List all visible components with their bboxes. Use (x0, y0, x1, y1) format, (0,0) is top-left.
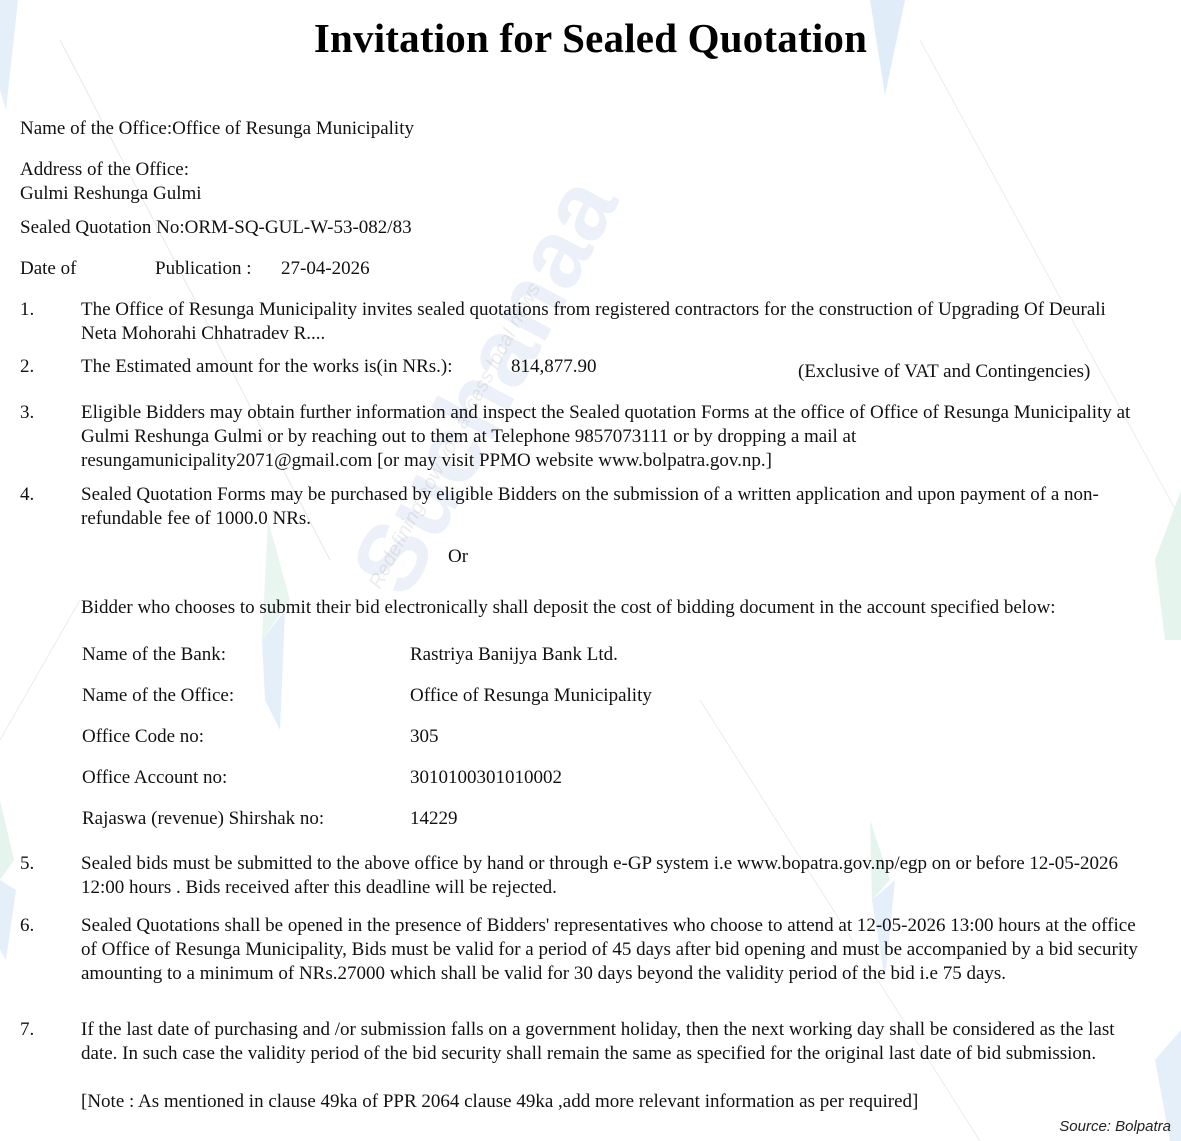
source-credit: Source: Bolpatra (1059, 1118, 1171, 1135)
page-title: Invitation for Sealed Quotation (0, 14, 1181, 62)
office-name-label: Name of the Office: (20, 118, 172, 139)
account-no-value: 3010100301010002 (410, 766, 562, 790)
clause-text: Sealed Quotations shall be opened in the… (81, 914, 1146, 986)
clause-text: If the last date of purchasing and /or s… (81, 1018, 1146, 1066)
date-label-2: Publication : (155, 257, 252, 281)
bank-name-value: Rastriya Banijya Bank Ltd. (410, 643, 618, 667)
revenue-code-value: 14229 (410, 807, 458, 831)
date-label-1: Date of (20, 257, 76, 281)
clause-number: 6. (20, 914, 34, 938)
bank-office-label: Name of the Office: (82, 684, 234, 708)
electronic-instruction: Bidder who chooses to submit their bid e… (81, 596, 1056, 620)
quotation-no: Sealed Quotation No:ORM-SQ-GUL-W-53-082/… (20, 216, 412, 240)
quotation-no-value: ORM-SQ-GUL-W-53-082/83 (185, 217, 412, 238)
clause-number: 4. (20, 483, 34, 507)
clause-number: 2. (20, 355, 34, 379)
clause-text: Sealed bids must be submitted to the abo… (81, 852, 1141, 900)
clause-number: 5. (20, 852, 34, 876)
publication-date: 27-04-2026 (281, 257, 370, 281)
or-separator: Or (448, 545, 468, 569)
office-name-value: Office of Resunga Municipality (172, 118, 414, 139)
clause-number: 1. (20, 298, 34, 322)
quotation-no-label: Sealed Quotation No: (20, 217, 185, 238)
bank-name-label: Name of the Bank: (82, 643, 226, 667)
clause-text: The Office of Resunga Municipality invit… (81, 298, 1146, 346)
amount-note: (Exclusive of VAT and Contingencies) (798, 360, 1090, 384)
clause-text: Eligible Bidders may obtain further info… (81, 401, 1146, 473)
clause-note: [Note : As mentioned in clause 49ka of P… (81, 1090, 918, 1114)
office-code-value: 305 (410, 725, 439, 749)
address-value: Gulmi Reshunga Gulmi (20, 182, 202, 206)
clause-text: The Estimated amount for the works is(in… (81, 355, 453, 379)
clause-text: Sealed Quotation Forms may be purchased … (81, 483, 1151, 531)
bank-office-value: Office of Resunga Municipality (410, 684, 652, 708)
clause-number: 7. (20, 1018, 34, 1042)
clause-number: 3. (20, 401, 34, 425)
account-no-label: Office Account no: (82, 766, 227, 790)
revenue-code-label: Rajaswa (revenue) Shirshak no: (82, 807, 324, 831)
office-code-label: Office Code no: (82, 725, 204, 749)
office-name: Name of the Office:Office of Resunga Mun… (20, 117, 414, 141)
address-label: Address of the Office: (20, 158, 189, 182)
estimated-amount: 814,877.90 (511, 355, 597, 379)
